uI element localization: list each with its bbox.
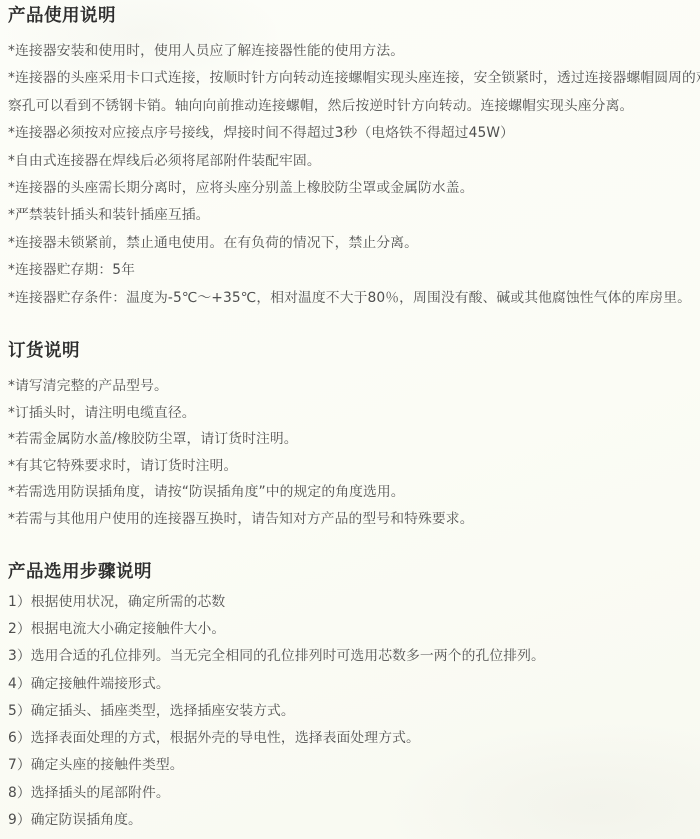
selection-steps-list: 1）根据使用状况，确定所需的芯数 2）根据电流大小确定接触件大小。 3）选用合适… [8, 589, 698, 835]
section-title-product-usage: 产品使用说明 [8, 6, 698, 26]
ordering-note-line: *若需选用防误插角度，请按“防误插角度”中的规定的角度选用。 [8, 479, 698, 506]
usage-notes-list: *连接器安装和使用时，使用人员应了解连接器性能的使用方法。 *连接器的头座采用卡… [8, 38, 698, 312]
usage-note-line: *连接器的头座需长期分离时，应将头座分别盖上橡胶防尘罩或金属防水盖。 [8, 175, 698, 202]
usage-note-line: *连接器必须按对应接点序号接线，焊接时间不得超过3秒（电烙铁不得超过45W） [8, 120, 698, 147]
scanned-document-page: { "document": { "paper_color": "#fbfcf5"… [0, 0, 700, 839]
usage-note-line: *连接器贮存条件：温度为-5℃～+35℃，相对温度不大于80％，周围没有酸、碱或… [8, 285, 698, 312]
selection-step-line: 5）确定插头、插座类型，选择插座安装方式。 [8, 698, 698, 725]
selection-step-line: 9）确定防误插角度。 [8, 807, 698, 834]
selection-step-line: 1）根据使用状况，确定所需的芯数 [8, 589, 698, 616]
usage-note-line: *严禁装针插头和装针插座互插。 [8, 202, 698, 229]
section-title-ordering: 订货说明 [8, 341, 698, 361]
selection-step-line: 2）根据电流大小确定接触件大小。 [8, 616, 698, 643]
ordering-note-line: *若需与其他用户使用的连接器互换时，请告知对方产品的型号和特殊要求。 [8, 506, 698, 533]
ordering-note-line: *订插头时，请注明电缆直径。 [8, 400, 698, 427]
ordering-note-line: *请写清完整的产品型号。 [8, 373, 698, 400]
section-ordering-instructions: 订货说明 *请写清完整的产品型号。 *订插头时，请注明电缆直径。 *若需金属防水… [8, 341, 698, 533]
selection-step-line: 8）选择插头的尾部附件。 [8, 780, 698, 807]
selection-step-line: 3）选用合适的孔位排列。当无完全相同的孔位排列时可选用芯数多一两个的孔位排列。 [8, 643, 698, 670]
selection-step-line: 6）选择表面处理的方式，根据外壳的导电性，选择表面处理方式。 [8, 725, 698, 752]
selection-step-line: 4）确定接触件端接形式。 [8, 671, 698, 698]
usage-note-line: *连接器贮存期：5年 [8, 257, 698, 284]
usage-note-line: *连接器安装和使用时，使用人员应了解连接器性能的使用方法。 [8, 38, 698, 65]
section-selection-steps: 产品选用步骤说明 1）根据使用状况，确定所需的芯数 2）根据电流大小确定接触件大… [8, 562, 698, 835]
ordering-note-line: *若需金属防水盖/橡胶防尘罩，请订货时注明。 [8, 426, 698, 453]
usage-note-line: *自由式连接器在焊线后必须将尾部附件装配牢固。 [8, 148, 698, 175]
selection-step-line: 7）确定头座的接触件类型。 [8, 752, 698, 779]
ordering-note-line: *有其它特殊要求时，请订货时注明。 [8, 453, 698, 480]
section-title-selection-steps: 产品选用步骤说明 [8, 562, 698, 582]
usage-note-line: *连接器的头座采用卡口式连接，按顺时针方向转动连接螺帽实现头座连接，安全锁紧时，… [8, 65, 698, 92]
usage-note-line-continuation: 察孔可以看到不锈钢卡销。轴向向前推动连接螺帽，然后按逆时针方向转动。连接螺帽实现… [8, 93, 698, 120]
section-product-usage: 产品使用说明 *连接器安装和使用时，使用人员应了解连接器性能的使用方法。 *连接… [8, 6, 698, 312]
usage-note-line: *连接器未锁紧前，禁止通电使用。在有负荷的情况下，禁止分离。 [8, 230, 698, 257]
ordering-notes-list: *请写清完整的产品型号。 *订插头时，请注明电缆直径。 *若需金属防水盖/橡胶防… [8, 373, 698, 533]
